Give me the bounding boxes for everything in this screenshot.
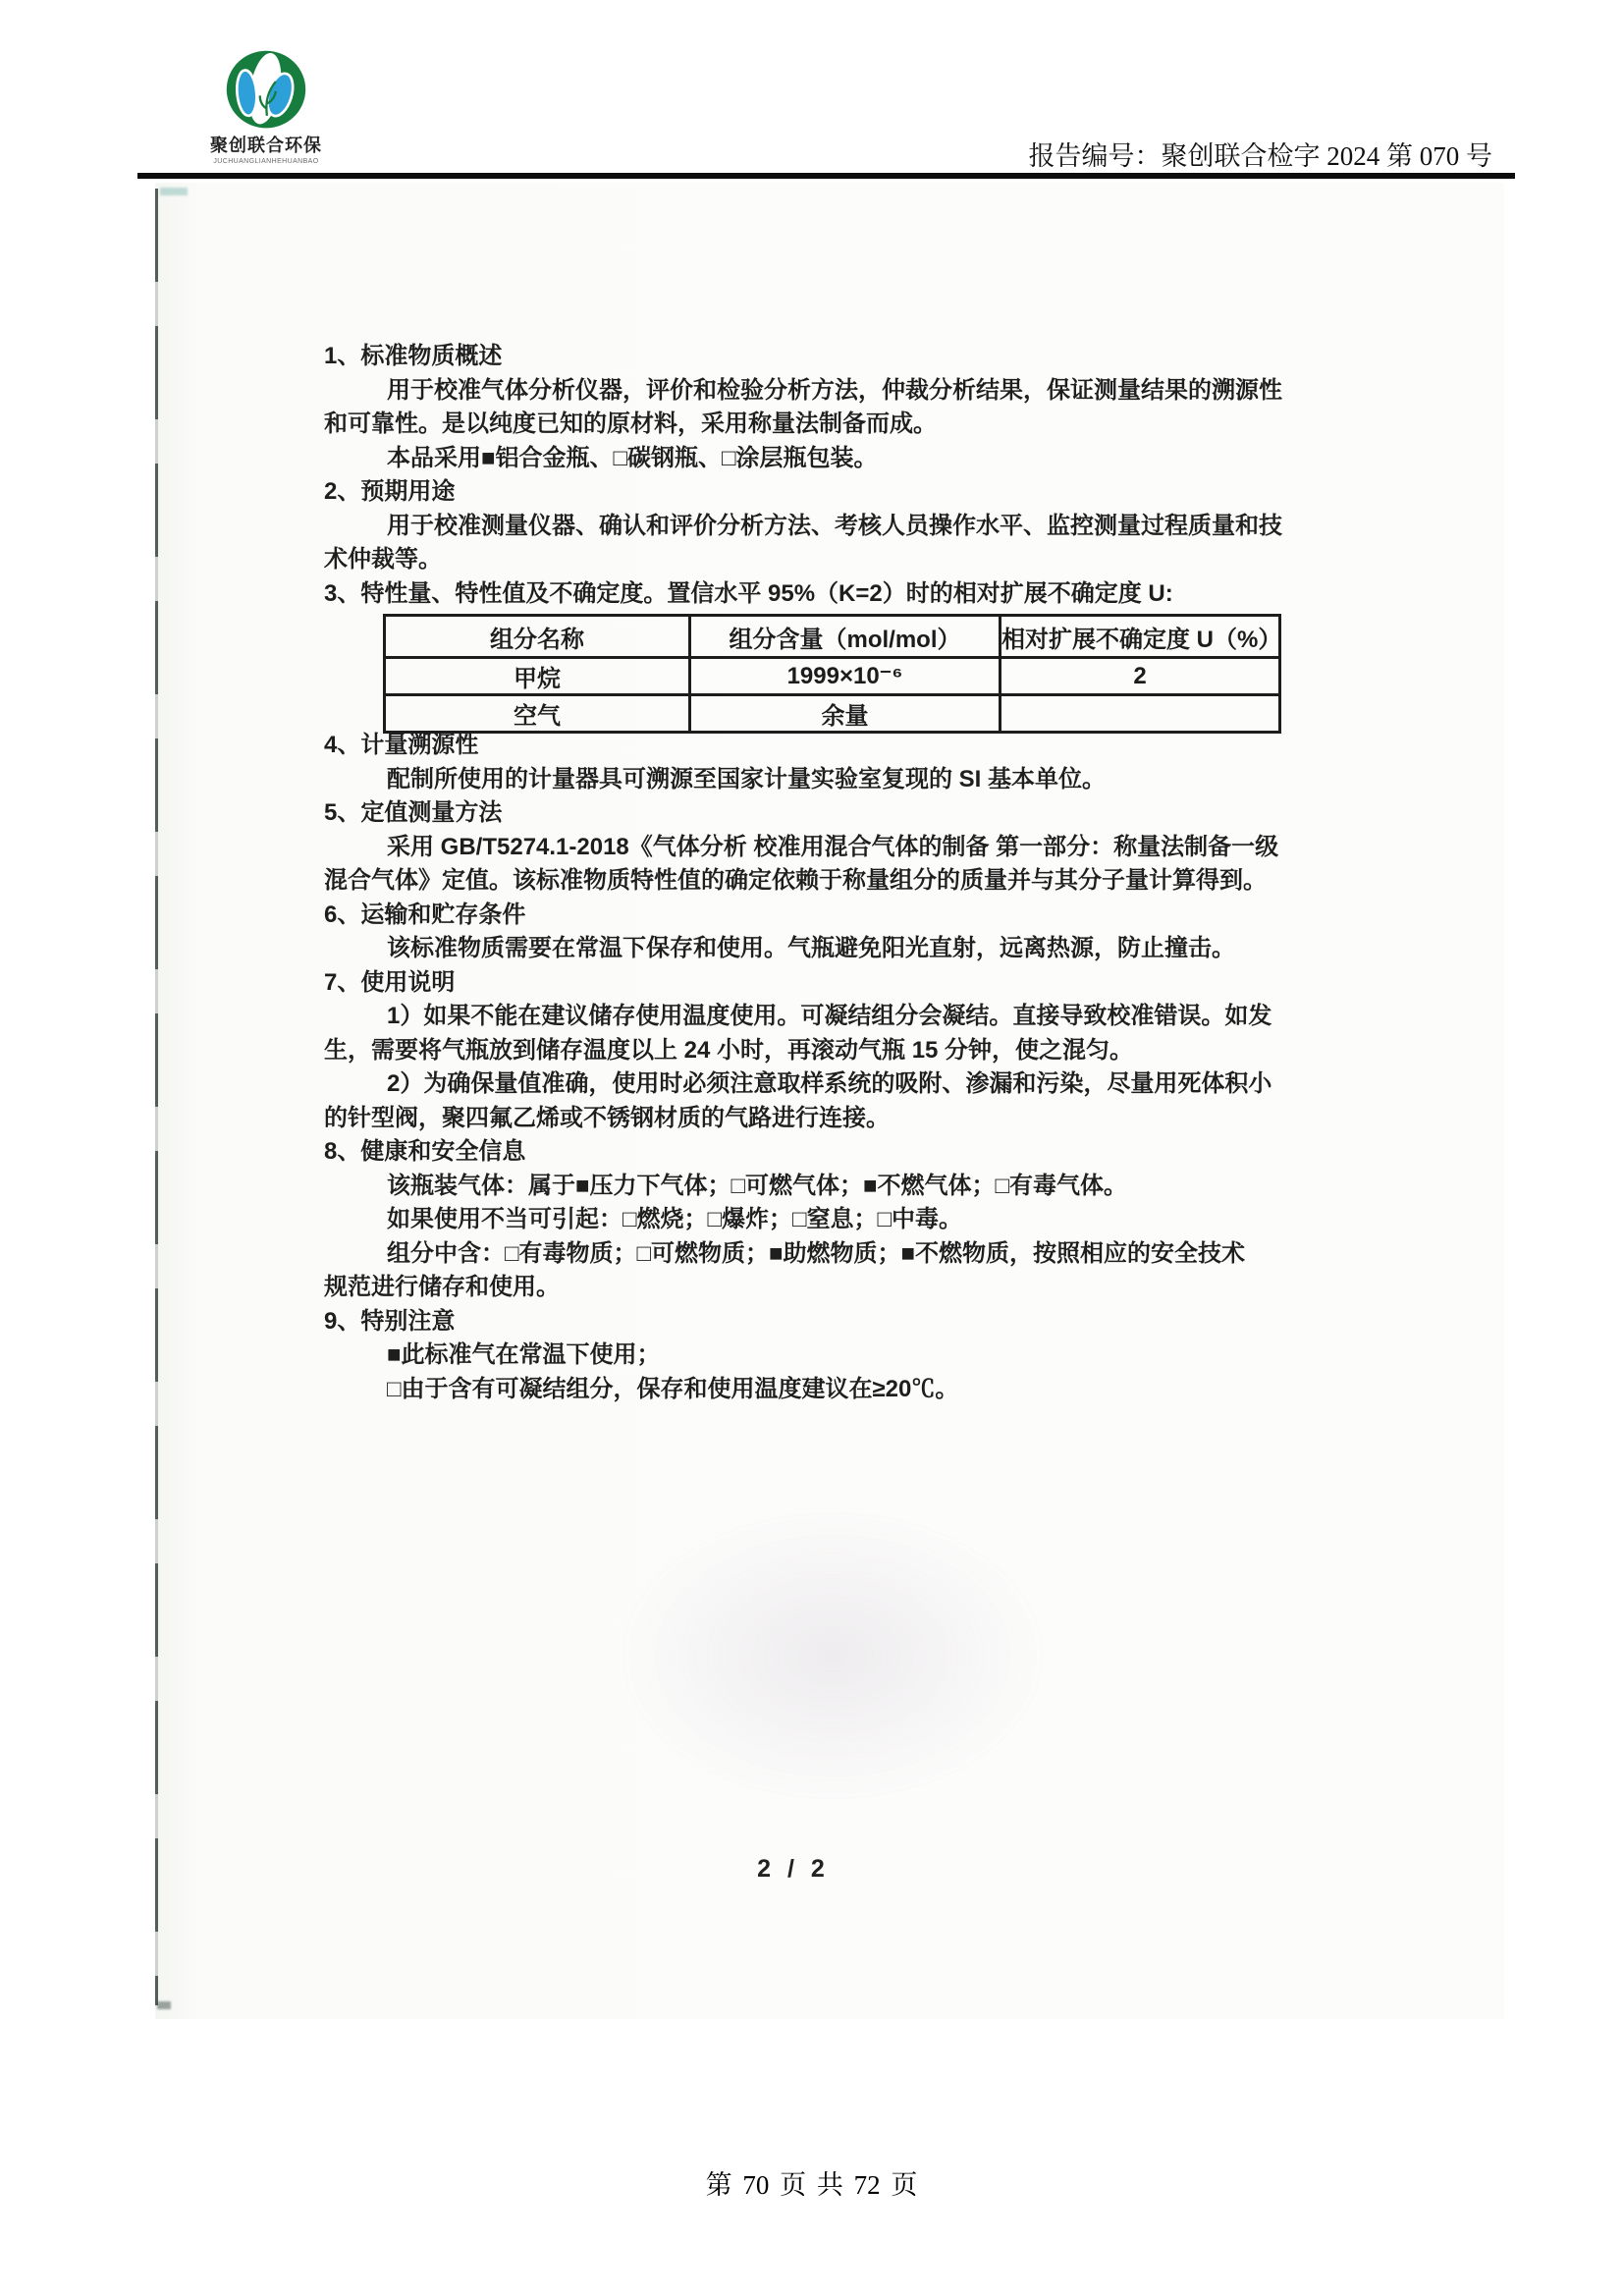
table-cell: 甲烷	[385, 658, 690, 695]
document-line: 混合气体》定值。该标准物质特性值的确定依赖于称量组分的质量并与其分子量计算得到。	[324, 864, 1278, 899]
table-row: 空气 余量	[385, 695, 1280, 733]
document-line: 9、特别注意	[324, 1305, 1278, 1339]
document-line: □由于含有可凝结组分，保存和使用温度建议在≥20℃。	[324, 1373, 1278, 1407]
company-name-cn: 聚创联合环保	[209, 132, 323, 157]
document-line: 5、定值测量方法	[324, 796, 1278, 831]
table-cell: 余量	[690, 695, 1001, 733]
document-line: 用于校准测量仪器、确认和评价分析方法、考核人员操作水平、监控测量过程质量和技	[324, 510, 1282, 544]
document-line: 如果使用不当可引起：□燃烧；□爆炸；□窒息；□中毒。	[324, 1203, 1278, 1237]
document-line: 1、标准物质概述	[324, 340, 1282, 374]
document-line: 术仲裁等。	[324, 543, 1282, 577]
table-cell: 2	[1001, 658, 1280, 695]
document-line: 8、健康和安全信息	[324, 1135, 1278, 1170]
table-header-row: 组分名称 组分含量（mol/mol） 相对扩展不确定度 U（%）	[385, 616, 1280, 658]
footer-page-info: 第 70 页 共 72 页	[0, 2163, 1623, 2202]
scanned-document: 1、标准物质概述用于校准气体分析仪器，评价和检验分析方法，仲裁分析结果，保证测量…	[155, 183, 1504, 2019]
table-cell: 空气	[385, 695, 690, 733]
document-text-upper: 1、标准物质概述用于校准气体分析仪器，评价和检验分析方法，仲裁分析结果，保证测量…	[324, 340, 1282, 611]
document-line: 采用 GB/T5274.1-2018《气体分析 校准用混合气体的制备 第一部分：…	[324, 831, 1278, 865]
table-cell	[1001, 695, 1280, 733]
document-line: 6、运输和贮存条件	[324, 899, 1278, 933]
document-line: ■此标准气在常温下使用；	[324, 1339, 1278, 1373]
report-number: 报告编号：聚创联合检字 2024 第 070 号	[1011, 135, 1492, 173]
document-line: 2）为确保量值准确，使用时必须注意取样系统的吸附、渗漏和污染，尽量用死体积小	[324, 1067, 1278, 1102]
company-logo: 聚创联合环保 JUCHUANGLIANHEHUANBAO	[209, 49, 323, 165]
report-page: 聚创联合环保 JUCHUANGLIANHEHUANBAO 报告编号：聚创联合检字…	[0, 0, 1623, 2296]
document-line: 规范进行储存和使用。	[324, 1271, 1278, 1305]
document-line: 用于校准气体分析仪器，评价和检验分析方法，仲裁分析结果，保证测量结果的溯源性	[324, 374, 1282, 409]
composition-table-wrap: 组分名称 组分含量（mol/mol） 相对扩展不确定度 U（%） 甲烷 1999…	[383, 614, 1278, 734]
table-cell: 1999×10⁻⁶	[690, 658, 1001, 695]
company-name-en: JUCHUANGLIANHEHUANBAO	[209, 158, 323, 165]
document-line: 7、使用说明	[324, 966, 1278, 1001]
document-line: 的针型阀，聚四氟乙烯或不锈钢材质的气路进行连接。	[324, 1102, 1278, 1136]
header-divider	[137, 173, 1515, 179]
scan-artifact	[160, 188, 188, 195]
document-line: 本品采用■铝合金瓶、□碳钢瓶、□涂层瓶包装。	[324, 442, 1282, 476]
composition-table: 组分名称 组分含量（mol/mol） 相对扩展不确定度 U（%） 甲烷 1999…	[383, 614, 1281, 734]
table-header-cell: 组分含量（mol/mol）	[690, 616, 1001, 658]
scan-artifact	[157, 2001, 171, 2009]
document-line: 2、预期用途	[324, 475, 1282, 510]
scan-page-number: 2 / 2	[705, 1855, 882, 1884]
document-text-lower: 4、计量溯源性配制所使用的计量器具可溯源至国家计量实验室复现的 SI 基本单位。…	[324, 729, 1278, 1406]
document-line: 组分中含：□有毒物质；□可燃物质；■助燃物质；■不燃物质，按照相应的安全技术	[324, 1237, 1278, 1272]
document-line: 该瓶装气体：属于■压力下气体；□可燃气体；■不燃气体；□有毒气体。	[324, 1170, 1278, 1204]
document-line: 1）如果不能在建议储存使用温度使用。可凝结组分会凝结。直接导致校准错误。如发	[324, 1000, 1278, 1034]
table-header-cell: 组分名称	[385, 616, 690, 658]
company-logo-icon	[222, 49, 310, 132]
table-header-cell: 相对扩展不确定度 U（%）	[1001, 616, 1280, 658]
document-line: 配制所使用的计量器具可溯源至国家计量实验室复现的 SI 基本单位。	[324, 763, 1278, 797]
document-line: 4、计量溯源性	[324, 729, 1278, 763]
document-line: 和可靠性。是以纯度已知的原材料，采用称量法制备而成。	[324, 408, 1282, 442]
table-row: 甲烷 1999×10⁻⁶ 2	[385, 658, 1280, 695]
document-line: 3、特性量、特性值及不确定度。置信水平 95%（K=2）时的相对扩展不确定度 U…	[324, 577, 1282, 612]
document-line: 该标准物质需要在常温下保存和使用。气瓶避免阳光直射，远离热源，防止撞击。	[324, 932, 1278, 966]
scan-left-edge	[155, 189, 158, 2005]
document-line: 生，需要将气瓶放到储存温度以上 24 小时，再滚动气瓶 15 分钟，使之混匀。	[324, 1034, 1278, 1068]
watermark-ghost	[617, 1508, 1049, 1803]
